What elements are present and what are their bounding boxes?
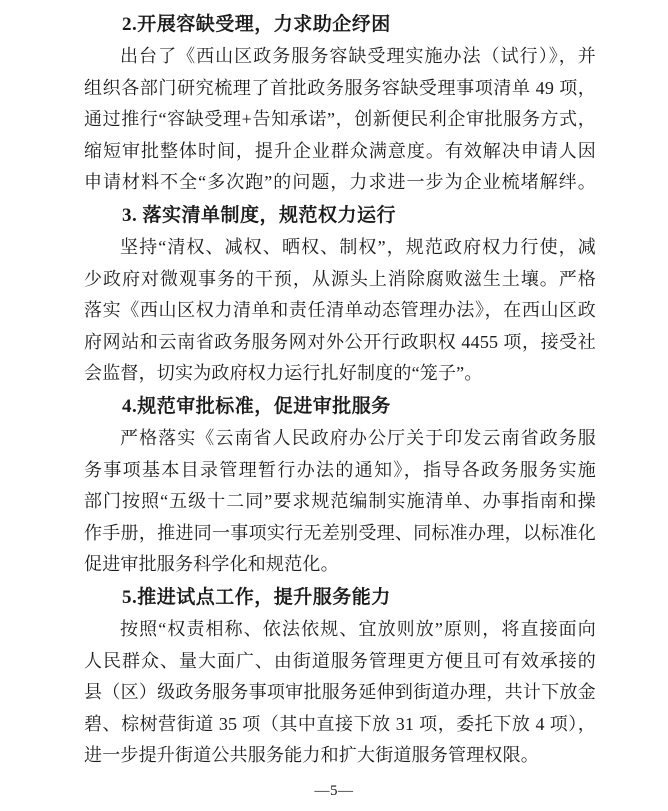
paragraph-line: 县（区）级政务服务事项审批服务延伸到街道办理，共计下放金 <box>84 677 596 709</box>
paragraph-line: 申请材料不全“多次跑”的问题，力求进一步为企业梳堵解绊。 <box>84 167 596 199</box>
paragraph-line: 严格落实《云南省人民政府办公厅关于印发云南省政务服 <box>84 423 596 455</box>
section-5: 5.推进试点工作，提升服务能力 按照“权责相称、依法依规、宜放则放”原则，将直接… <box>84 581 596 772</box>
paragraph-line: 按照“权责相称、依法依规、宜放则放”原则，将直接面向 <box>84 614 596 646</box>
paragraph-line: 出台了《西山区政务服务容缺受理实施办法（试行）》，并 <box>84 41 596 73</box>
section-5-heading: 5.推进试点工作，提升服务能力 <box>84 581 596 614</box>
document-page: 2.开展容缺受理，力求助企纾困 出台了《西山区政务服务容缺受理实施办法（试行）》… <box>0 0 668 811</box>
paragraph-line: 坚持“清权、减权、晒权、制权”，规范政府权力行使，减 <box>84 232 596 264</box>
section-5-paragraph: 按照“权责相称、依法依规、宜放则放”原则，将直接面向 人民群众、量大面广、由街道… <box>84 614 596 772</box>
paragraph-line: 组织各部门研究梳理了首批政务服务容缺受理事项清单 49 项， <box>84 73 596 105</box>
paragraph-line: 部门按照“五级十二同”要求规范编制实施清单、办事指南和操 <box>84 486 596 518</box>
paragraph-line: 府网站和云南省政务服务网对外公开行政职权 4455 项，接受社 <box>84 327 596 359</box>
paragraph-line: 人民群众、量大面广、由街道服务管理更方便且可有效承接的 <box>84 646 596 678</box>
paragraph-line: 务事项基本目录管理暂行办法的通知》，指导各政务服务实施 <box>84 455 596 487</box>
paragraph-line: 作手册，推进同一事项实行无差别受理、同标准办理，以标准化 <box>84 518 596 550</box>
document-text-block: 2.开展容缺受理，力求助企纾困 出台了《西山区政务服务容缺受理实施办法（试行）》… <box>84 8 596 772</box>
section-2-paragraph: 出台了《西山区政务服务容缺受理实施办法（试行）》，并 组织各部门研究梳理了首批政… <box>84 41 596 199</box>
paragraph-line: 少政府对微观事务的干预，从源头上消除腐败滋生土壤。严格 <box>84 264 596 296</box>
paragraph-line: 落实《西山区权力清单和责任清单动态管理办法》，在西山区政 <box>84 295 596 327</box>
paragraph-line: 会监督，切实为政府权力运行扎好制度的“笼子”。 <box>84 358 596 390</box>
paragraph-line: 缩短审批整体时间，提升企业群众满意度。有效解决申请人因 <box>84 136 596 168</box>
paragraph-line: 通过推行“容缺受理+告知承诺”，创新便民利企审批服务方式， <box>84 104 596 136</box>
section-4-heading: 4.规范审批标准，促进审批服务 <box>84 390 596 423</box>
section-4-paragraph: 严格落实《云南省人民政府办公厅关于印发云南省政务服 务事项基本目录管理暂行办法的… <box>84 423 596 581</box>
section-3: 3. 落实清单制度，规范权力运行 坚持“清权、减权、晒权、制权”，规范政府权力行… <box>84 199 596 390</box>
paragraph-line: 促进审批服务科学化和规范化。 <box>84 549 596 581</box>
section-2: 2.开展容缺受理，力求助企纾困 出台了《西山区政务服务容缺受理实施办法（试行）》… <box>84 8 596 199</box>
paragraph-line: 碧、棕树营街道 35 项（其中直接下放 31 项，委托下放 4 项）， <box>84 709 596 741</box>
section-4: 4.规范审批标准，促进审批服务 严格落实《云南省人民政府办公厅关于印发云南省政务… <box>84 390 596 581</box>
page-number: —5— <box>0 783 668 800</box>
section-3-heading: 3. 落实清单制度，规范权力运行 <box>84 199 596 232</box>
section-3-paragraph: 坚持“清权、减权、晒权、制权”，规范政府权力行使，减 少政府对微观事务的干预，从… <box>84 232 596 390</box>
paragraph-line: 进一步提升街道公共服务能力和扩大街道服务管理权限。 <box>84 740 596 772</box>
section-2-heading: 2.开展容缺受理，力求助企纾困 <box>84 8 596 41</box>
